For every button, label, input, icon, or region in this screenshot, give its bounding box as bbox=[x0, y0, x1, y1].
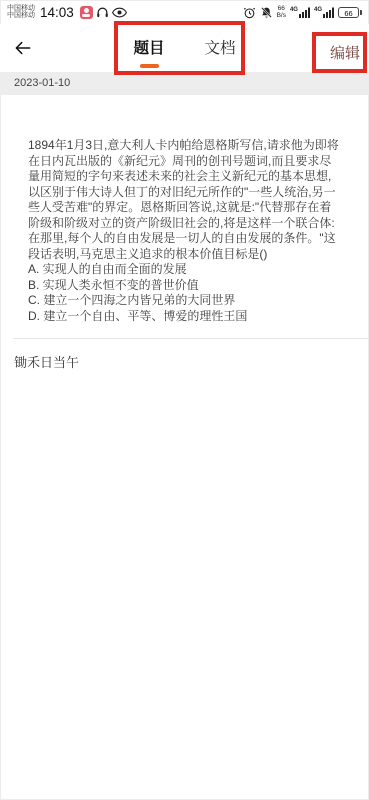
question-item[interactable]: 1894年1月3日,意大利人卡内帕给恩格斯写信,请求他为即将在日内瓦出版的《新纪… bbox=[0, 95, 369, 324]
edit-button[interactable]: 编辑 bbox=[330, 42, 360, 63]
carrier-sim2: 中国移动 bbox=[7, 12, 35, 20]
eye-comfort-icon bbox=[112, 7, 127, 18]
content-area: 1894年1月3日,意大利人卡内帕给恩格斯写信,请求他为即将在日内瓦出版的《新纪… bbox=[0, 95, 369, 371]
question-body: 1894年1月3日,意大利人卡内帕给恩格斯写信,请求他为即将在日内瓦出版的《新纪… bbox=[28, 138, 342, 262]
signal-sim1-icon: 4G bbox=[290, 7, 310, 18]
date-header: 2023-01-10 bbox=[0, 72, 369, 95]
status-bar-left: 中国移动 中国移动 14:03 bbox=[7, 5, 127, 20]
tab-questions-label: 题目 bbox=[133, 36, 164, 58]
question-option-a: A. 实现人的自由而全面的发展 bbox=[28, 262, 342, 278]
next-question-item[interactable]: 锄禾日当午 bbox=[14, 355, 355, 371]
active-tab-underline bbox=[139, 64, 158, 68]
carrier-sim1: 中国移动 bbox=[7, 5, 35, 13]
mute-bell-icon bbox=[260, 6, 273, 19]
carrier-labels: 中国移动 中国移动 bbox=[7, 5, 35, 20]
question-option-c: C. 建立一个四海之内皆兄弟的大同世界 bbox=[28, 293, 342, 309]
app-screen: 中国移动 中国移动 14:03 66 B/s 4G bbox=[0, 0, 369, 800]
tab-bar: 题目 文档 bbox=[133, 24, 235, 68]
tab-documents-label: 文档 bbox=[205, 36, 236, 58]
back-button[interactable] bbox=[12, 37, 34, 59]
notification-app-icon bbox=[80, 6, 93, 19]
back-arrow-icon bbox=[13, 38, 33, 58]
signal-sim2-label: 4G bbox=[314, 7, 322, 13]
network-speed-value: 66 bbox=[277, 5, 286, 12]
battery-level: 66 bbox=[338, 7, 359, 18]
signal-sim1-label: 4G bbox=[290, 7, 298, 13]
alarm-clock-icon bbox=[243, 6, 256, 19]
clock-time: 14:03 bbox=[40, 5, 74, 20]
list-divider bbox=[13, 338, 369, 339]
tab-documents[interactable]: 文档 bbox=[205, 24, 236, 68]
tab-questions[interactable]: 题目 bbox=[133, 24, 164, 68]
network-speed-unit: B/s bbox=[277, 12, 286, 19]
battery-icon: 66 bbox=[338, 7, 362, 18]
network-speed: 66 B/s bbox=[277, 5, 286, 19]
question-option-d: D. 建立一个自由、平等、博爱的理性王国 bbox=[28, 309, 342, 325]
nav-bar: 题目 文档 编辑 bbox=[0, 24, 369, 72]
headset-icon bbox=[96, 6, 109, 19]
question-option-b: B. 实现人类永恒不变的普世价值 bbox=[28, 278, 342, 294]
battery-nub bbox=[360, 10, 362, 15]
signal-sim2-icon: 4G bbox=[314, 7, 334, 18]
status-bar: 中国移动 中国移动 14:03 66 B/s 4G bbox=[0, 0, 369, 24]
status-bar-right: 66 B/s 4G 4G 66 bbox=[243, 5, 362, 19]
